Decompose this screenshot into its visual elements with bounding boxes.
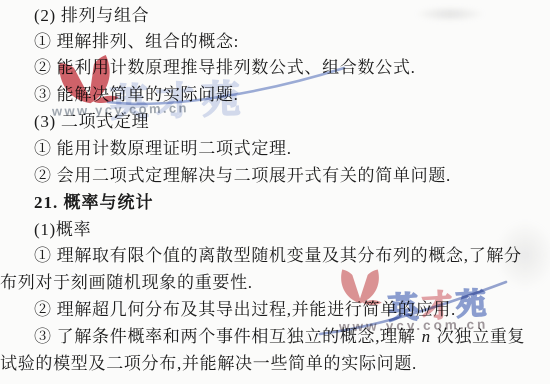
math-variable-n: n	[421, 327, 432, 346]
scan-smudge	[415, 6, 485, 22]
text-segment: 次独立重复	[432, 327, 525, 346]
text-segment: ③ 了解条件概率和两个事件相互独立的概念,理解	[34, 327, 421, 346]
text-line: ③ 了解条件概率和两个事件相互独立的概念,理解 n 次独立重复	[34, 327, 525, 347]
scanned-document-page: (2) 排列与组合 ① 理解排列、组合的概念: ② 能利用计数原理推导排列数公式…	[0, 0, 550, 384]
text-line: ② 能利用计数原理推导排列数公式、组合数公式.	[34, 58, 416, 78]
text-line: (2) 排列与组合	[34, 6, 149, 26]
text-line: ② 理解超几何分布及其导出过程,并能进行简单的应用.	[34, 300, 456, 320]
text-line: ① 能用计数原理证明二项式定理.	[34, 139, 292, 159]
text-line: (1)概率	[34, 220, 91, 240]
text-line: ① 理解取有限个值的离散型随机变量及其分布列的概念,了解分	[34, 246, 522, 266]
text-line: ③ 能解决简单的实际问题.	[34, 85, 239, 105]
text-line: ② 会用二项式定理解决与二项展开式有关的简单问题.	[34, 166, 451, 186]
watermark-brand-char: 苑	[455, 286, 491, 323]
section-heading: 21. 概率与统计	[34, 193, 154, 213]
text-line: 试验的模型及二项分布,并能解决一些简单的实际问题.	[0, 354, 417, 374]
yingcaiyuan-tulip-logo-icon	[335, 263, 385, 305]
text-line: (3) 二项式定理	[34, 112, 149, 132]
text-line: ① 理解排列、组合的概念:	[34, 32, 239, 52]
text-line: 布列对于刻画随机现象的重要性.	[0, 273, 253, 293]
